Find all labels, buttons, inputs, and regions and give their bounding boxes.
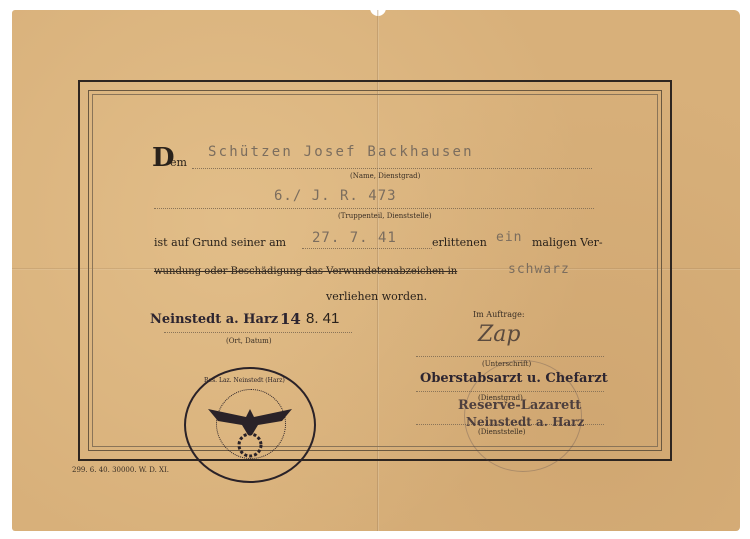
certificate-paper: D Demem Schützen Josef Backhausen (Name,… [12, 10, 740, 531]
unit-value: 6./ J. R. 473 [274, 188, 397, 204]
line1-mid: erlittenen [432, 236, 487, 249]
line1-prefix: ist auf Grund seiner am [154, 236, 286, 249]
issue-month-year: 8. 41 [306, 310, 339, 327]
wound-date: 27. 7. 41 [312, 230, 397, 246]
signature-line [416, 356, 604, 357]
wound-date-line [302, 248, 432, 249]
place-date-label: (Ort, Datum) [226, 337, 272, 345]
official-stamp: Res. Laz. Neinstedt (Harz) [184, 367, 316, 483]
signature: Zap [478, 322, 521, 347]
place: Neinstedt a. Harz [150, 312, 278, 327]
times-count: ein [496, 230, 522, 245]
name-line [192, 168, 592, 169]
print-code: 299. 6. 40. 30000. W. D. XI. [72, 466, 169, 474]
line2-prefix: wundung oder Beschädigung das Verwundete… [154, 266, 457, 277]
unit-line [154, 208, 594, 209]
on-behalf: Im Auftrage: [473, 310, 525, 319]
stamp-text: Res. Laz. Neinstedt (Harz) [204, 377, 285, 384]
faint-stamp [464, 360, 582, 472]
place-line [164, 332, 352, 333]
line1-suffix: maligen Ver- [532, 236, 603, 249]
recipient-label: (Name, Dienstgrad) [350, 172, 420, 180]
unit-label: (Truppenteil, Dienststelle) [338, 212, 432, 220]
recipient-name: Schützen Josef Backhausen [208, 144, 474, 160]
badge-grade: schwarz [508, 262, 570, 277]
salutation: Demem [170, 156, 187, 169]
issue-day: 14 [280, 310, 301, 328]
stamp-eagle-icon [186, 369, 314, 481]
line3: verliehen worden. [326, 290, 427, 303]
